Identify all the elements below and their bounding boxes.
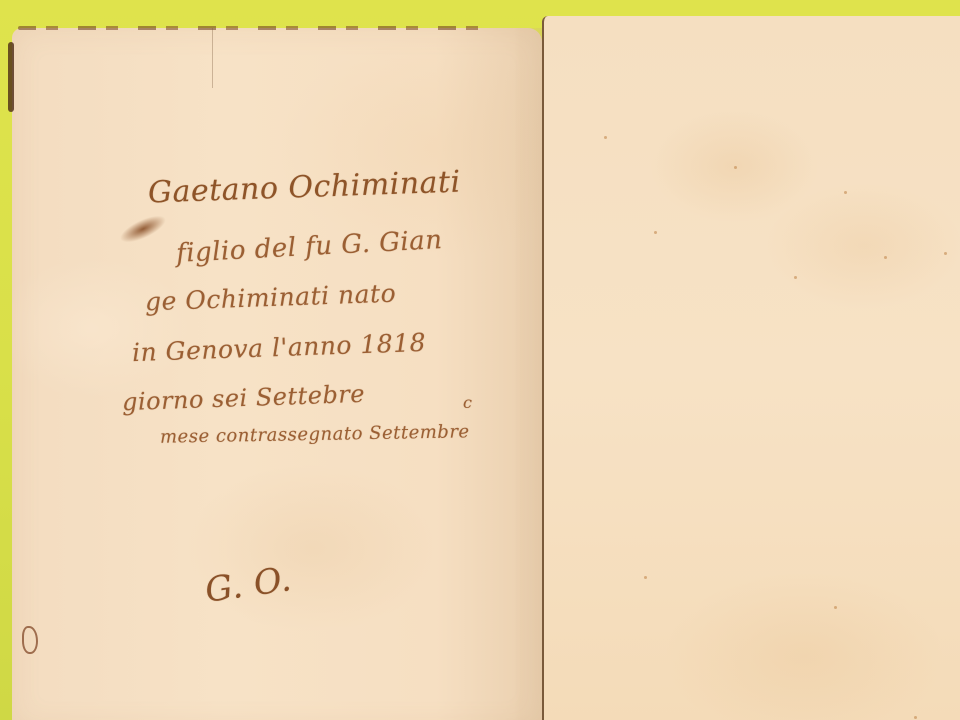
left-page — [12, 28, 542, 720]
foxing-spot — [944, 252, 947, 255]
foxing-spot — [844, 191, 847, 194]
photo-stage: Gaetano Ochiminati figlio del fu G. Gian… — [0, 0, 960, 720]
right-page — [542, 16, 960, 720]
gutter-shadow — [514, 28, 542, 720]
foxing-spot — [884, 256, 887, 259]
foxing-spot — [654, 231, 657, 234]
foxing-spot — [914, 716, 917, 719]
foxing-spot — [604, 136, 607, 139]
edge-stain — [22, 626, 38, 654]
foxing-spot — [834, 606, 837, 609]
foxing-spot — [794, 276, 797, 279]
margin-mark: c — [463, 393, 472, 412]
fold-line — [212, 28, 213, 88]
foxing-spot — [644, 576, 647, 579]
foxing-spot — [734, 166, 737, 169]
